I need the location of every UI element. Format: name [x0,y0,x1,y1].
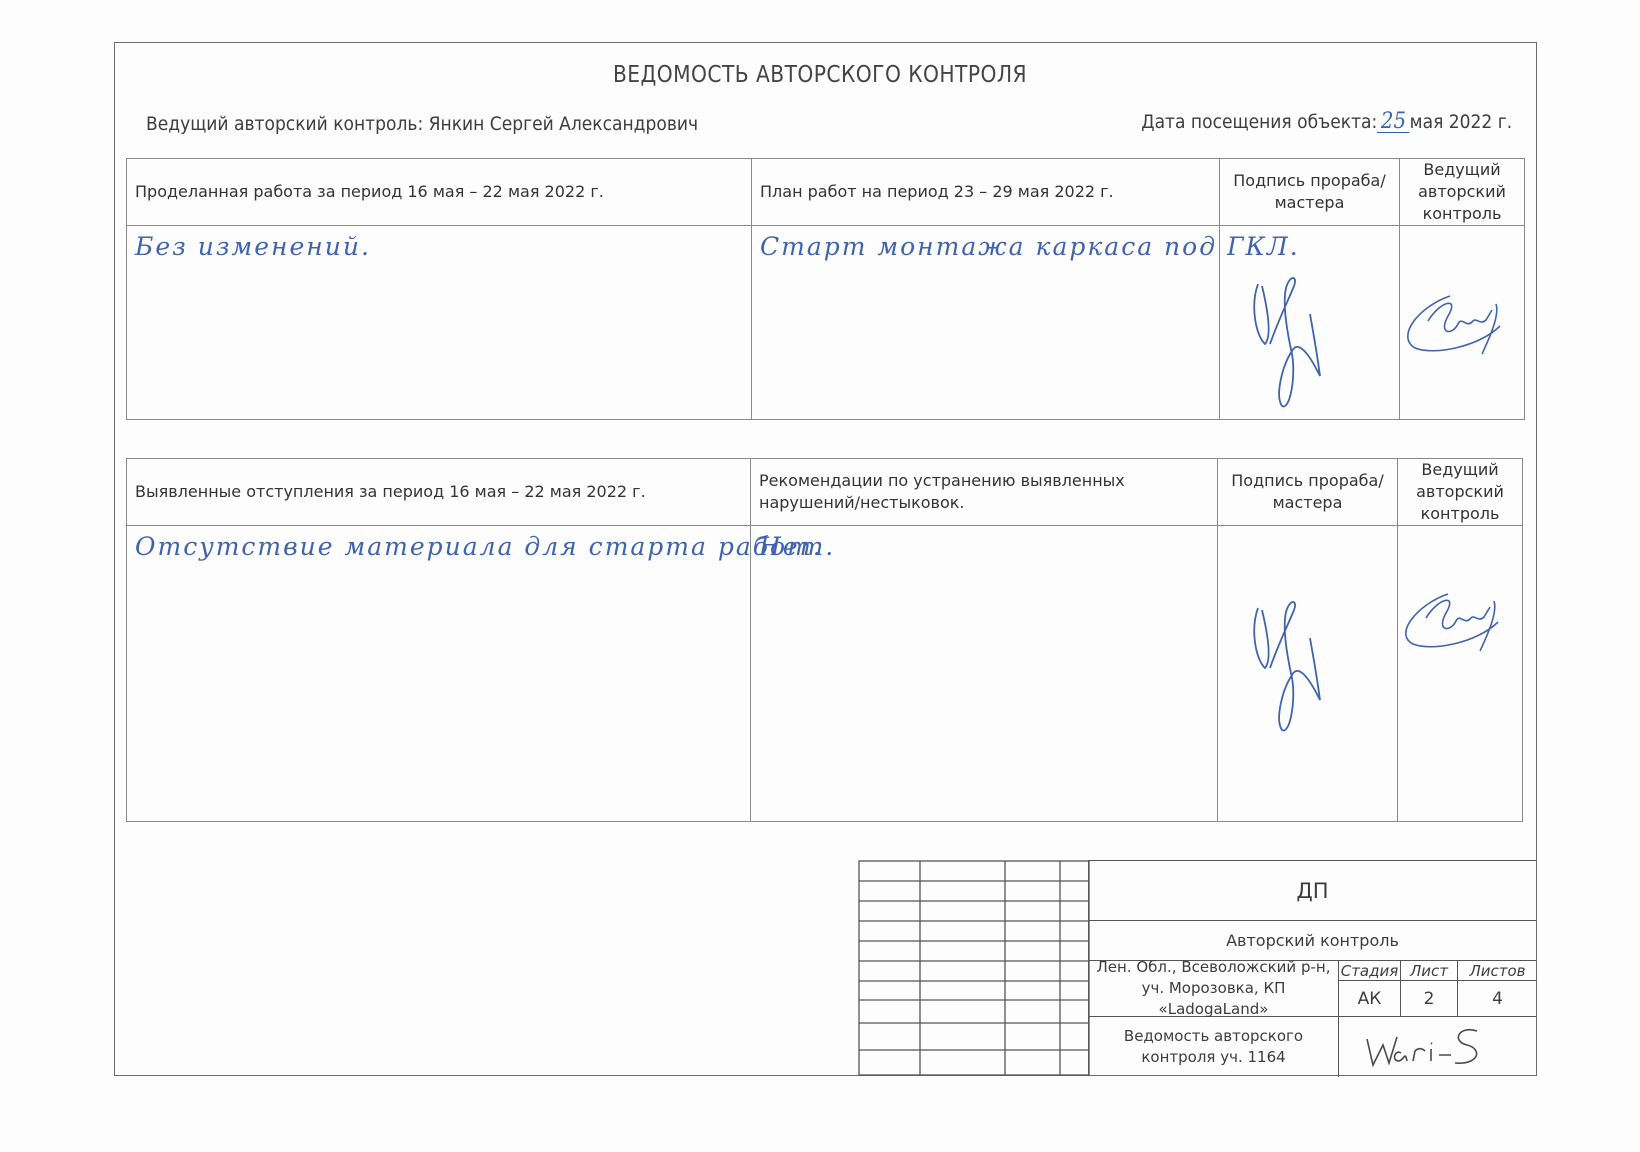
cell-work-plan[interactable]: Старт монтажа каркаса под ГКЛ. [752,226,1220,420]
cell-lead-signature-2[interactable] [1398,526,1523,822]
stamp-grid-lines [858,860,1090,1076]
deviations-table: Выявленные отступления за период 16 мая … [126,458,1523,822]
lead-supervisor-line: Ведущий авторский контроль: Янкин Сергей… [146,113,698,135]
author-signature-icon [1339,1017,1537,1077]
address-row: Лен. Обл., Всеволожский р-н, уч. Морозов… [1089,961,1536,1017]
cell-recommendations[interactable]: Нет. [751,526,1218,822]
header-work-done: Проделанная работа за период 16 мая – 22… [127,159,752,226]
visit-month-year: мая 2022 г. [1410,111,1512,133]
header-recommendations: Рекомендации по устранению выявленных на… [751,459,1218,526]
stage-label: Стадия [1339,961,1401,981]
title-block-stamp-grid [858,860,1090,1080]
doc-name-row: Ведомость авторского контроля уч. 1164 [1089,1017,1536,1077]
cell-lead-signature[interactable] [1400,226,1525,420]
title-block: ДП Авторский контроль Лен. Обл., Всеволо… [1088,860,1536,1076]
cell-foreman-signature[interactable] [1220,226,1400,420]
header-foreman-signature-2: Подпись прораба/мастера [1218,459,1398,526]
author-signature-cell [1339,1017,1537,1077]
header-lead-supervision-2: Ведущий авторский контроль [1398,459,1523,526]
visit-date-line: Дата посещения объекта:25мая 2022 г. [1141,111,1512,133]
cell-work-done[interactable]: Без изменений. [127,226,752,420]
header-deviations: Выявленные отступления за период 16 мая … [127,459,751,526]
header-foreman-signature: Подпись прораба/мастера [1220,159,1400,226]
lead-supervisor-label: Ведущий авторский контроль: [146,113,423,135]
visit-day-field[interactable]: 25 [1377,112,1409,133]
header-lead-supervision: Ведущий авторский контроль [1400,159,1525,226]
header-work-plan: План работ на период 23 – 29 мая 2022 г. [752,159,1220,226]
visit-date-label: Дата посещения объекта: [1141,111,1377,133]
address: Лен. Обл., Всеволожский р-н, уч. Морозов… [1089,961,1339,1016]
stage-value: АК [1339,981,1401,1016]
sheets-label: Листов [1458,961,1537,981]
section-name: Авторский контроль [1089,921,1536,961]
document-title: ВЕДОМОСТЬ АВТОРСКОГО КОНТРОЛЯ [98,62,1541,88]
document-name: Ведомость авторского контроля уч. 1164 [1089,1017,1339,1077]
project-code: ДП [1089,861,1536,921]
sheet-value: 2 [1401,981,1458,1016]
lead-signature-icon [1400,226,1525,420]
lead-signature-icon [1398,526,1523,822]
work-table: Проделанная работа за период 16 мая – 22… [126,158,1525,420]
foreman-signature-icon [1220,226,1400,420]
cell-deviations[interactable]: Отсутствие материала для старта работ. [127,526,751,822]
lead-supervisor-name: Янкин Сергей Александрович [429,113,698,135]
cell-foreman-signature-2[interactable] [1218,526,1398,822]
foreman-signature-icon [1218,526,1398,822]
sheet-label: Лист [1401,961,1458,981]
sheets-value: 4 [1458,981,1537,1016]
